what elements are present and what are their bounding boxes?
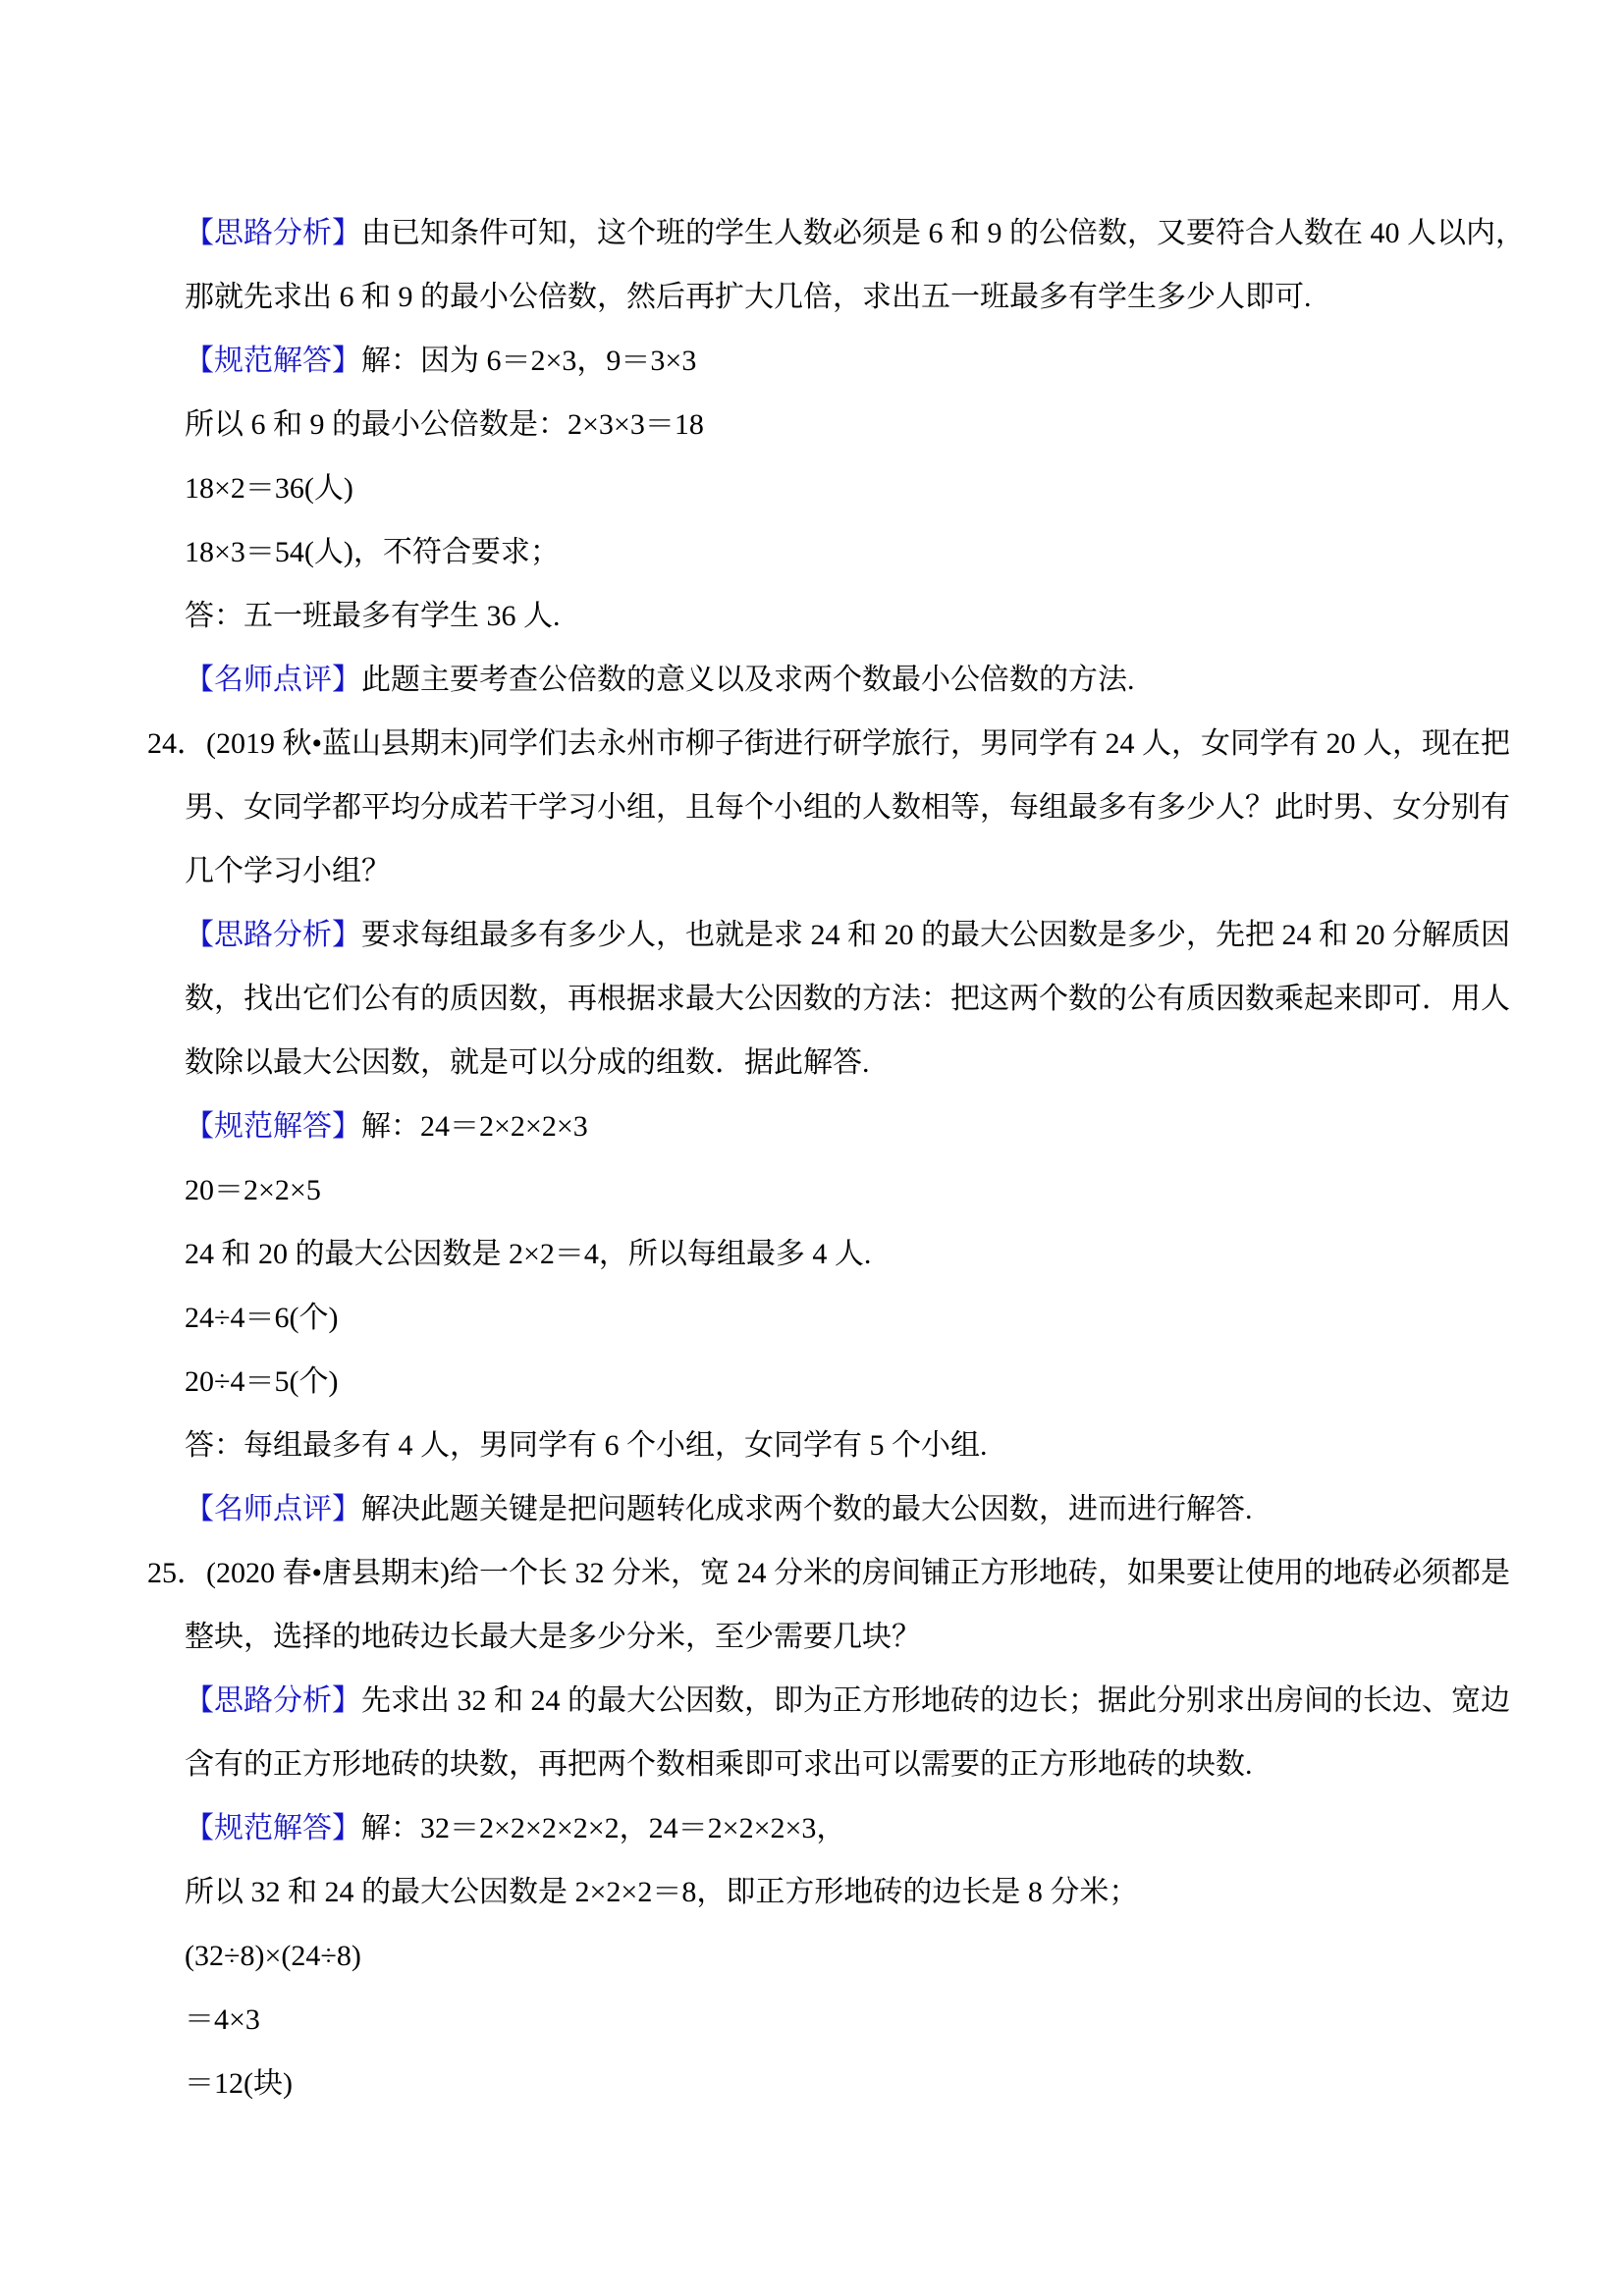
text-line: ＝4×3 — [0, 1988, 1624, 2052]
text-line: 24．(2019 秋•蓝山县期末)同学们去永州市柳子街进行研学旅行，男同学有 2… — [0, 712, 1624, 775]
line-text: 几个学习小组？ — [185, 855, 391, 887]
line-text: 25．(2020 春•唐县期末)给一个长 32 分米，宽 24 分米的房间铺正方… — [147, 1557, 1510, 1589]
text-line: 【思路分析】要求每组最多有多少人，也就是求 24 和 20 的最大公因数是多少，… — [0, 903, 1624, 967]
line-text: 答：五一班最多有学生 36 人. — [185, 600, 561, 632]
text-line: 数，找出它们公有的质因数，再根据求最大公因数的方法：把这两个数的公有质因数乘起来… — [0, 967, 1624, 1031]
line-text: 解：因为 6＝2×3，9＝3×3 — [361, 345, 696, 377]
text-line: 【规范解答】解：24＝2×2×2×3 — [0, 1095, 1624, 1158]
text-line: 【规范解答】解：32＝2×2×2×2×2，24＝2×2×2×3， — [0, 1796, 1624, 1860]
text-line: 25．(2020 春•唐县期末)给一个长 32 分米，宽 24 分米的房间铺正方… — [0, 1541, 1624, 1605]
line-text: 那就先求出 6 和 9 的最小公倍数，然后再扩大几倍，求出五一班最多有学生多少人… — [185, 281, 1312, 313]
line-text: 解：24＝2×2×2×3 — [361, 1110, 588, 1143]
text-line: 男、女同学都平均分成若干学习小组，且每个小组的人数相等，每组最多有多少人？此时男… — [0, 775, 1624, 839]
line-text: 解：32＝2×2×2×2×2，24＝2×2×2×3， — [361, 1812, 845, 1844]
line-text: 先求出 32 和 24 的最大公因数，即为正方形地砖的边长；据此分别求出房间的长… — [361, 1684, 1510, 1717]
line-text: 答：每组最多有 4 人，男同学有 6 个小组，女同学有 5 个小组. — [185, 1429, 988, 1462]
section-label: 【规范解答】 — [185, 1110, 361, 1143]
line-text: 24．(2019 秋•蓝山县期末)同学们去永州市柳子街进行研学旅行，男同学有 2… — [147, 727, 1510, 760]
text-line: 20÷4＝5(个) — [0, 1350, 1624, 1414]
section-label: 【名师点评】 — [185, 1493, 361, 1525]
document-page: 【思路分析】由已知条件可知，这个班的学生人数必须是 6 和 9 的公倍数，又要符… — [0, 0, 1624, 2296]
document-body: 【思路分析】由已知条件可知，这个班的学生人数必须是 6 和 9 的公倍数，又要符… — [0, 201, 1624, 2115]
text-line: 数除以最大公因数，就是可以分成的组数．据此解答. — [0, 1031, 1624, 1095]
text-line: 24 和 20 的最大公因数是 2×2＝4，所以每组最多 4 人. — [0, 1222, 1624, 1286]
line-text: 20÷4＝5(个) — [185, 1365, 338, 1398]
text-line: 那就先求出 6 和 9 的最小公倍数，然后再扩大几倍，求出五一班最多有学生多少人… — [0, 265, 1624, 329]
section-label: 【思路分析】 — [185, 217, 361, 249]
text-line: 18×2＝36(人) — [0, 456, 1624, 520]
line-text: 18×3＝54(人)，不符合要求； — [185, 536, 560, 568]
line-text: 数除以最大公因数，就是可以分成的组数．据此解答. — [185, 1046, 870, 1079]
line-text: 数，找出它们公有的质因数，再根据求最大公因数的方法：把这两个数的公有质因数乘起来… — [185, 983, 1510, 1015]
line-text: 男、女同学都平均分成若干学习小组，且每个小组的人数相等，每组最多有多少人？此时男… — [185, 791, 1510, 824]
text-line: 整块，选择的地砖边长最大是多少分米，至少需要几块？ — [0, 1605, 1624, 1669]
text-line: 几个学习小组？ — [0, 839, 1624, 903]
line-text: 24÷4＝6(个) — [185, 1302, 338, 1334]
text-line: 24÷4＝6(个) — [0, 1286, 1624, 1350]
text-line: 【名师点评】解决此题关键是把问题转化成求两个数的最大公因数，进而进行解答. — [0, 1477, 1624, 1541]
text-line: 【规范解答】解：因为 6＝2×3，9＝3×3 — [0, 329, 1624, 393]
text-line: 【思路分析】先求出 32 和 24 的最大公因数，即为正方形地砖的边长；据此分别… — [0, 1669, 1624, 1733]
line-text: 24 和 20 的最大公因数是 2×2＝4，所以每组最多 4 人. — [185, 1238, 871, 1270]
line-text: ＝4×3 — [185, 2003, 260, 2036]
text-line: 【名师点评】此题主要考查公倍数的意义以及求两个数最小公倍数的方法. — [0, 648, 1624, 712]
line-text: 18×2＝36(人) — [185, 472, 353, 505]
text-line: (32÷8)×(24÷8) — [0, 1924, 1624, 1988]
line-text: (32÷8)×(24÷8) — [185, 1940, 361, 1972]
text-line: 【思路分析】由已知条件可知，这个班的学生人数必须是 6 和 9 的公倍数，又要符… — [0, 201, 1624, 265]
line-text: 由已知条件可知，这个班的学生人数必须是 6 和 9 的公倍数，又要符合人数在 4… — [361, 217, 1525, 249]
line-text: 要求每组最多有多少人，也就是求 24 和 20 的最大公因数是多少，先把 24 … — [361, 919, 1510, 951]
text-line: 所以 32 和 24 的最大公因数是 2×2×2＝8，即正方形地砖的边长是 8 … — [0, 1860, 1624, 1924]
line-text: 整块，选择的地砖边长最大是多少分米，至少需要几块？ — [185, 1621, 921, 1653]
line-text: 所以 6 和 9 的最小公倍数是：2×3×3＝18 — [185, 408, 704, 441]
line-text: 20＝2×2×5 — [185, 1174, 321, 1206]
section-label: 【名师点评】 — [185, 664, 361, 696]
line-text: 含有的正方形地砖的块数，再把两个数相乘即可求出可以需要的正方形地砖的块数. — [185, 1748, 1253, 1781]
text-line: 18×3＝54(人)，不符合要求； — [0, 520, 1624, 584]
line-text: 此题主要考查公倍数的意义以及求两个数最小公倍数的方法. — [361, 664, 1135, 696]
text-line: 答：五一班最多有学生 36 人. — [0, 584, 1624, 648]
section-label: 【规范解答】 — [185, 1812, 361, 1844]
section-label: 【规范解答】 — [185, 345, 361, 377]
line-text: 解决此题关键是把问题转化成求两个数的最大公因数，进而进行解答. — [361, 1493, 1253, 1525]
section-label: 【思路分析】 — [185, 1684, 361, 1717]
text-line: 含有的正方形地砖的块数，再把两个数相乘即可求出可以需要的正方形地砖的块数. — [0, 1733, 1624, 1796]
section-label: 【思路分析】 — [185, 919, 361, 951]
text-line: 答：每组最多有 4 人，男同学有 6 个小组，女同学有 5 个小组. — [0, 1414, 1624, 1477]
line-text: 所以 32 和 24 的最大公因数是 2×2×2＝8，即正方形地砖的边长是 8 … — [185, 1876, 1138, 1908]
line-text: ＝12(块) — [185, 2067, 293, 2100]
text-line: 20＝2×2×5 — [0, 1158, 1624, 1222]
text-line: 所以 6 和 9 的最小公倍数是：2×3×3＝18 — [0, 393, 1624, 456]
text-line: ＝12(块) — [0, 2052, 1624, 2115]
